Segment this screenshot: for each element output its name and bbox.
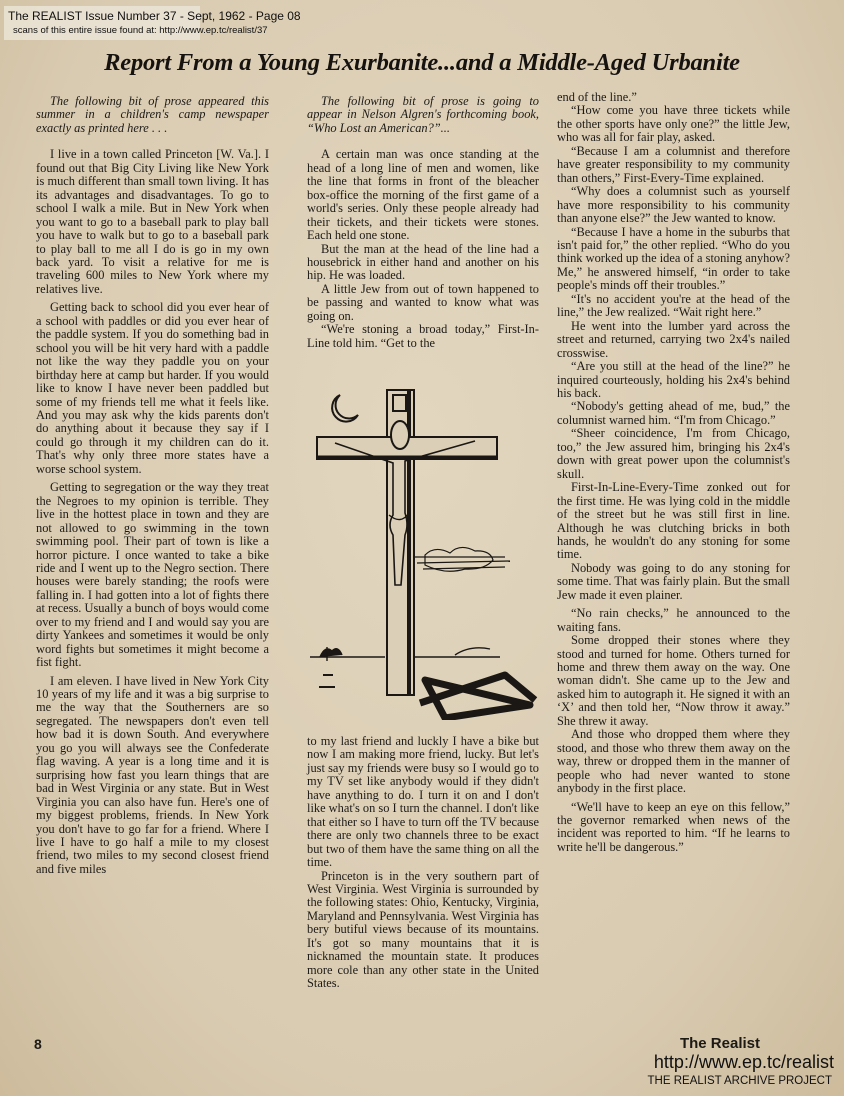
left-article-intro: The following bit of prose appeared this… xyxy=(36,95,269,135)
paragraph: I am eleven. I have lived in New York Ci… xyxy=(36,675,269,877)
paragraph: Nobody was going to do any stoning for s… xyxy=(557,562,790,602)
paragraph: And those who dropped them where they st… xyxy=(557,728,790,795)
paragraph: “It's no accident you're at the head of … xyxy=(557,293,790,320)
paragraph: “How come you have three tickets while t… xyxy=(557,104,790,144)
cartoon-illustration xyxy=(305,385,550,720)
star-shadow-icon xyxy=(420,675,535,718)
paragraph: Princeton is in the very southern part o… xyxy=(307,870,539,991)
paragraph: Some dropped their stones where they sto… xyxy=(557,634,790,728)
paragraph: “Because I have a home in the suburbs th… xyxy=(557,226,790,293)
left-article-column: The following bit of prose appeared this… xyxy=(36,95,269,876)
paragraph: He went into the lumber yard across the … xyxy=(557,320,790,360)
paragraph: “We're stoning a broad today,” First-In-… xyxy=(307,323,539,350)
issue-label: The REALIST Issue Number 37 - Sept, 1962… xyxy=(8,9,301,23)
paragraph: “Because I am a columnist and therefore … xyxy=(557,145,790,185)
paragraph: But the man at the head of the line had … xyxy=(307,243,539,283)
right-article-intro: The following bit of prose is going to a… xyxy=(307,95,539,135)
archive-link[interactable]: http://www.ep.tc/realist xyxy=(654,1052,834,1073)
paragraph: A little Jew from out of town happened t… xyxy=(307,283,539,323)
paragraph: I live in a town called Princeton [W. Va… xyxy=(36,148,269,296)
paragraph: Getting back to school did you ever hear… xyxy=(36,301,269,476)
right-article-column-2: end of the line.” “How come you have thr… xyxy=(557,91,790,854)
paragraph: Getting to segregation or the way they t… xyxy=(36,481,269,669)
page-number: 8 xyxy=(34,1036,42,1052)
scan-source-link[interactable]: scans of this entire issue found at: htt… xyxy=(13,25,268,36)
paragraph: First-In-Line-Every-Time zonked out for … xyxy=(557,481,790,562)
paragraph: to my last friend and luckly I have a bi… xyxy=(307,735,539,870)
paragraph: “Sheer coincidence, I'm from Chicago, to… xyxy=(557,427,790,481)
crescent-moon-icon xyxy=(332,395,358,422)
paragraph: “Why does a columnist such as yourself h… xyxy=(557,185,790,225)
page-title: Report From a Young Exurbanite...and a M… xyxy=(0,49,844,77)
paragraph: “No rain checks,” he announced to the wa… xyxy=(557,607,790,634)
paragraph: “Are you still at the head of the line?”… xyxy=(557,360,790,400)
paragraph: “Nobody's getting ahead of me, bud,” the… xyxy=(557,400,790,427)
paragraph: end of the line.” xyxy=(557,91,790,104)
paragraph: A certain man was once standing at the h… xyxy=(307,148,539,242)
publication-name: The Realist xyxy=(680,1035,760,1052)
right-article-column-1: The following bit of prose is going to a… xyxy=(307,95,539,350)
archive-label: THE REALIST ARCHIVE PROJECT xyxy=(648,1075,832,1087)
left-article-continuation: to my last friend and luckly I have a bi… xyxy=(307,735,539,991)
paragraph: “We'll have to keep an eye on this fello… xyxy=(557,801,790,855)
